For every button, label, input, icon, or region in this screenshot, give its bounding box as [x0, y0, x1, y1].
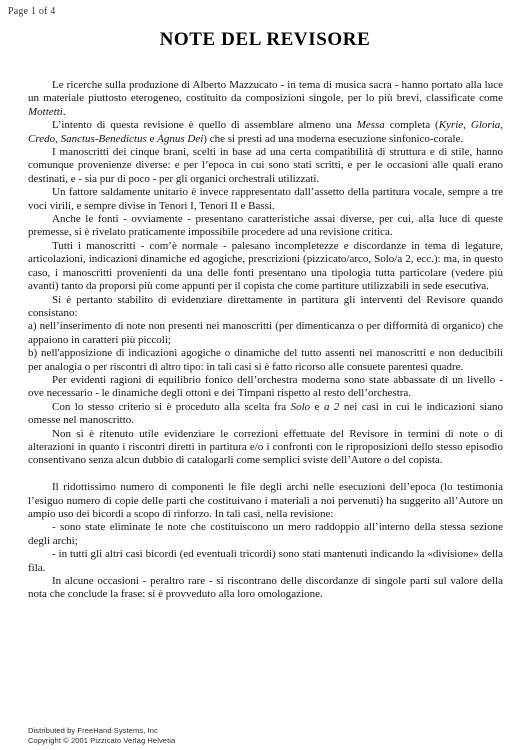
paragraph: Tutti i manoscritti - com’è normale - pa… — [28, 240, 503, 294]
paragraph: - in tutti gli altri casi bicordi (ed ev… — [28, 548, 503, 575]
paragraph: L’intento di questa revisione è quello d… — [28, 119, 503, 146]
paragraph: In alcune occasioni - peraltro rare - si… — [28, 575, 503, 602]
paragraph: Anche le fonti - ovviamente - presentano… — [28, 213, 503, 240]
page-indicator: Page 1 of 4 — [8, 6, 55, 17]
paragraph: Con lo stesso criterio si è proceduto al… — [28, 401, 503, 428]
page-footer: Distributed by FreeHand Systems, Inc Cop… — [28, 726, 175, 746]
footer-copyright-line: Copyright © 2001 Pizzicato Verlag Helvet… — [28, 736, 175, 746]
document-body: Le ricerche sulla produzione di Alberto … — [28, 79, 503, 602]
paragraph: a) nell’inserimento di note non presenti… — [28, 320, 503, 347]
document-page: { "page": { "page_indicator": "Page 1 of… — [0, 0, 530, 750]
paragraph: Le ricerche sulla produzione di Alberto … — [28, 79, 503, 119]
paragraph: Non si è ritenuto utile evidenziare le c… — [28, 428, 503, 468]
paragraph: Un fattore saldamente unitario è invece … — [28, 186, 503, 213]
paragraph: Per evidenti ragioni di equilibrio fonic… — [28, 374, 503, 401]
paragraph: Si è pertanto stabilito di evidenziare d… — [28, 294, 503, 321]
paragraph: b) nell'apposizione di indicazioni agogi… — [28, 347, 503, 374]
paragraph: - sono state eliminate le note che costi… — [28, 521, 503, 548]
paragraph: I manoscritti dei cinque brani, scelti i… — [28, 146, 503, 186]
paragraph: Il ridottissimo numero di componenti le … — [28, 481, 503, 521]
footer-distributor-line: Distributed by FreeHand Systems, Inc — [28, 726, 175, 736]
page-title: NOTE DEL REVISORE — [0, 29, 530, 51]
